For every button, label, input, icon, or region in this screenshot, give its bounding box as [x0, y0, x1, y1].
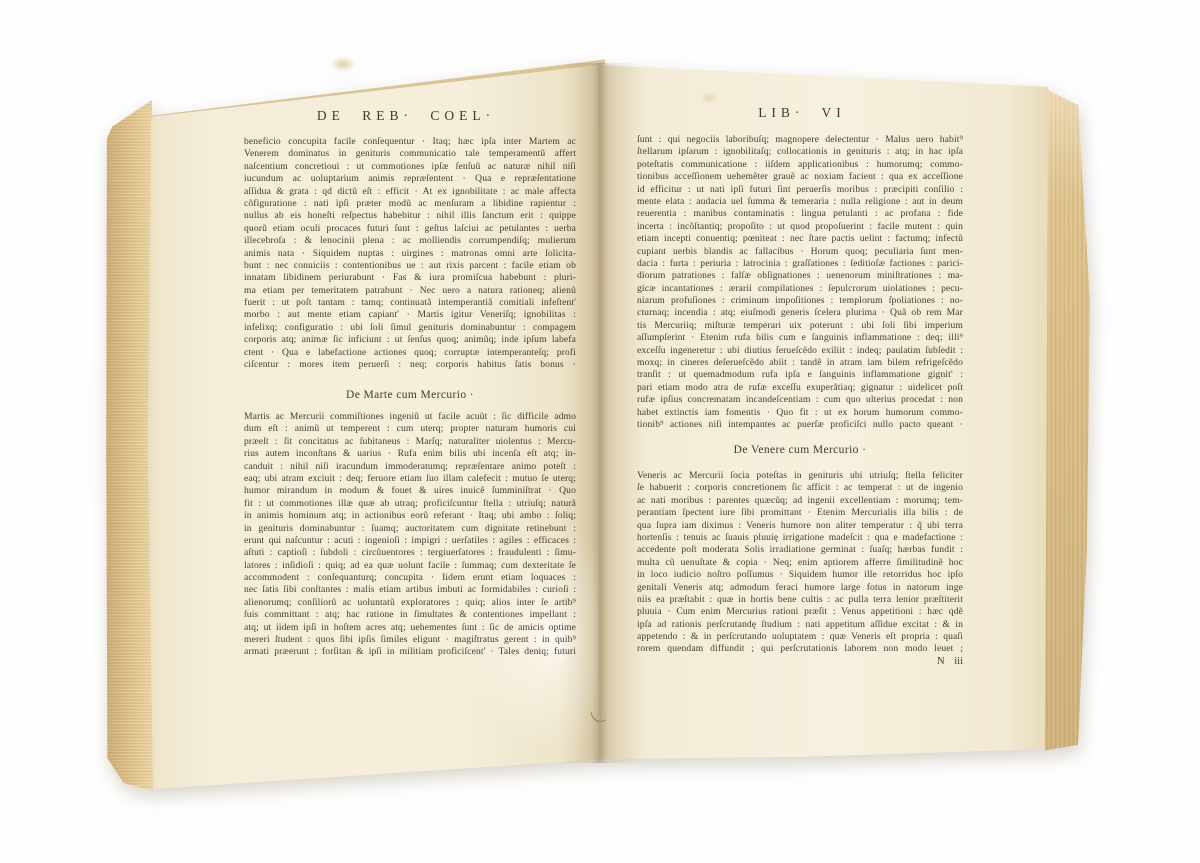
- text-line: ma etiam per temeritatem patrabunt · Nec…: [244, 285, 576, 297]
- left-running-header: DE REB· COEL·: [240, 108, 572, 124]
- text-line: infelixq; configuratio : ubi ſoli ſimul …: [244, 322, 576, 334]
- text-line: nec ſatis ſibi conſtantes : malis etiam …: [244, 584, 576, 596]
- left-paragraph-2: Martis ac Mercurii commiſtiones ingeniũ …: [244, 411, 576, 659]
- text-line: rius autem inconſtans & uarius · Rufa en…: [244, 448, 576, 460]
- text-line: rorem quendam diffundit ; qui perſcrutat…: [637, 643, 963, 655]
- right-running-header: LIB· VI: [640, 105, 964, 121]
- text-line: perantiam ſpectent iure ſibi promittant …: [637, 507, 963, 519]
- photo-background: DE REB· COEL· beneficio concupita facile…: [0, 0, 1200, 863]
- text-line: poteſtatis communicatione : iiſdem appli…: [637, 159, 963, 171]
- text-line: aſſumpſerint · Etenim rufa bilis cum e ſ…: [637, 332, 963, 344]
- text-line: humor mirandum in modum & fouet & uires …: [244, 485, 576, 497]
- text-line: aſtuti : captioſi : ſubdoli : circũuento…: [244, 547, 576, 559]
- text-line: fit : ut commotiones illæ quæ ab utraq; …: [244, 498, 576, 510]
- text-line: incerta : incõſtantiq; propoſito : ut qu…: [637, 221, 963, 233]
- text-line: erunt qui naſcuntur : acuti : ingenioſi …: [244, 535, 576, 547]
- text-line: diorum patrationes : falſæ obſignationes…: [637, 270, 963, 282]
- text-line: animis nata · Siquidem nuptas : uirgines…: [244, 248, 576, 260]
- right-section-heading: De Venere cum Mercurio ·: [637, 444, 963, 456]
- text-line: tionibus acceſſionem uehemẽter grauẽ ac …: [637, 171, 963, 183]
- text-line: rufæ ipſius concrematam incandeſcentiam …: [637, 394, 963, 406]
- text-line: in animis hominum atq; in actionibus eor…: [244, 510, 576, 522]
- text-line: dum eſt : animũ ut temperent : cum uterq…: [244, 423, 576, 435]
- text-line: morbo : aut mente etiam capiant' · Marti…: [244, 309, 576, 321]
- text-line: ſtellarum ipſarum : ignobilitaſq; colloc…: [637, 146, 963, 158]
- text-line: latores : inſidioſi : quiq; ad ea quæ uo…: [244, 560, 576, 572]
- left-paragraph-1: beneficio concupita facile conſequentur …: [244, 136, 576, 371]
- text-line: dacia : furta : periuria : latrocinia : …: [637, 258, 963, 270]
- text-line: accedente poſt moderata Solis irradiatio…: [637, 544, 963, 556]
- text-line: ctent · Qua e labefactione actiones quoq…: [244, 347, 576, 359]
- text-line: mereri ſtudent : quos ſibi ipſis ſimiles…: [244, 634, 576, 646]
- text-line: gicæ incantationes : ærarii compilatione…: [637, 283, 963, 295]
- text-line: innatam libidinem periurabunt · Fas & iu…: [244, 272, 576, 284]
- text-line: in loco iudicio noſtro poſſumus · Siquid…: [637, 569, 963, 581]
- text-line: reuerentia : manibus contaminatis : ling…: [637, 208, 963, 220]
- text-line: pari etiam modo atra de rufæ exceſſu exu…: [637, 382, 963, 394]
- text-line: pluuia · Cum enim Mercurius rationi præſ…: [637, 606, 963, 618]
- signature-mark: N iii: [637, 656, 1015, 667]
- text-line: qua ſupra iam diximus : Veneris humore n…: [637, 520, 963, 532]
- text-line: niis ea præſtabit : quæ in hortis bene c…: [637, 594, 963, 606]
- text-line: tionib⁹ actiones niſi intempantes ac pue…: [637, 419, 963, 431]
- text-line: appetendo : & in perſcrutando uoluptatem…: [637, 631, 963, 643]
- text-line: præeſt : ſit concitatus ac ſubitaneus : …: [244, 436, 576, 448]
- text-line: aſſidua & grata : qd dictũ eſt : efficit…: [244, 186, 576, 198]
- text-line: Martis ac Mercurii commiſtiones ingeniũ …: [244, 411, 576, 423]
- text-line: cupiant uerbis blandis ac fallacibus · H…: [637, 246, 963, 258]
- text-line: atq; ut iidem ipſi in hoſtem acres atq; …: [244, 622, 576, 634]
- foxing-stain: [330, 56, 356, 72]
- text-line: mente elata : audacia uel ſumma & temera…: [637, 196, 963, 208]
- right-page-block-edge: [1040, 82, 1092, 764]
- text-line: bunt : nec conuiciis : contentionibus ue…: [244, 260, 576, 272]
- text-line: hortenſis : tenuis ac ſuauis pluuię irri…: [637, 532, 963, 544]
- text-line: genitali Veneris atq; admodum feraci hum…: [637, 582, 963, 594]
- text-line: canduit : nihil niſi iracundum immoderat…: [244, 461, 576, 473]
- left-page-block-edge: [106, 97, 153, 793]
- text-line: tis Mercuriiq; miſturæ temperari uix pot…: [637, 320, 963, 332]
- text-line: beneficio concupita facile conſequentur …: [244, 136, 576, 148]
- text-line: ac nati moribus : parentes quæcũq; ad in…: [637, 495, 963, 507]
- text-line: Veneris ac Mercurii ſocia poteſtas in ge…: [637, 470, 963, 482]
- text-line: nullus ab eis honeſti reſpectus habebitu…: [244, 210, 576, 222]
- text-line: tranſit : ut quemadmodum rufa ipſa e ſan…: [637, 369, 963, 381]
- text-line: accommodent : conſequanturq; concupita ·…: [244, 572, 576, 584]
- left-section-heading: De Marte cum Mercurio ·: [244, 389, 576, 401]
- text-line: fuerit : ut poſt tantam : tamq; continua…: [244, 297, 576, 309]
- text-line: alienorumq; conſiliorũ ac uoluntatũ expl…: [244, 597, 576, 609]
- text-line: quorũ etiam oculi procaces futuri ſunt :…: [244, 223, 576, 235]
- text-line: multa cũ uenuſtate & copia · Neq; enim a…: [637, 557, 963, 569]
- text-line: moxq; in cineres deſerueſcẽdo abiit : ta…: [637, 357, 963, 369]
- text-line: ſuis committant : atq; hac ratione in ſi…: [244, 609, 576, 621]
- text-line: in genituris dominabuntur : ſuamq; aucto…: [244, 523, 576, 535]
- text-line: naſcentium concretioui : ut commotiones …: [244, 161, 576, 173]
- text-line: eaq; ubi atram exciuit : deq; feruore et…: [244, 473, 576, 485]
- text-line: etiam incepti conuentiq; pœniteat : nec …: [637, 233, 963, 245]
- text-line: Venerem dominatus in genituris communica…: [244, 148, 576, 160]
- open-book: [0, 0, 1200, 863]
- text-line: ciſcentur : mores item peruerſi : neq; c…: [244, 359, 576, 371]
- text-line: exceſſu ingeneretur : ubi diutius ſerueſ…: [637, 345, 963, 357]
- text-line: habet extinctis iam fomentis · Quo fit :…: [637, 407, 963, 419]
- text-line: id efficitur : ut nati ipſi futuri ſint …: [637, 184, 963, 196]
- right-paragraph-1: ſunt : qui negociis laboribuſq; magnoper…: [637, 134, 963, 431]
- right-paragraph-2: Veneris ac Mercurii ſocia poteſtas in ge…: [637, 470, 963, 656]
- text-line: cõfiguratione : nati ipſi præter modũ ac…: [244, 198, 576, 210]
- text-line: ſe habuerit : corporis concretionem ſic …: [637, 482, 963, 494]
- text-line: cturnaq; incendia : atq; eiuſmodi generi…: [637, 307, 963, 319]
- foxing-stain: [700, 92, 720, 104]
- text-line: iucundum ac uoluptarium animis repræſent…: [244, 173, 576, 185]
- text-line: armati præerunt : forſitan & ipſi in mil…: [244, 646, 576, 658]
- text-line: niarum profuſiones : criminum impoſition…: [637, 295, 963, 307]
- text-line: corporis atq; animæ ſic inficiunt : ut ſ…: [244, 334, 576, 346]
- text-line: illecebroſa : & lenocinii plena : ac mol…: [244, 235, 576, 247]
- text-line: ſunt : qui negociis laboribuſq; magnoper…: [637, 134, 963, 146]
- text-line: ipſa ad rationis perſcrutandę ſtudium : …: [637, 619, 963, 631]
